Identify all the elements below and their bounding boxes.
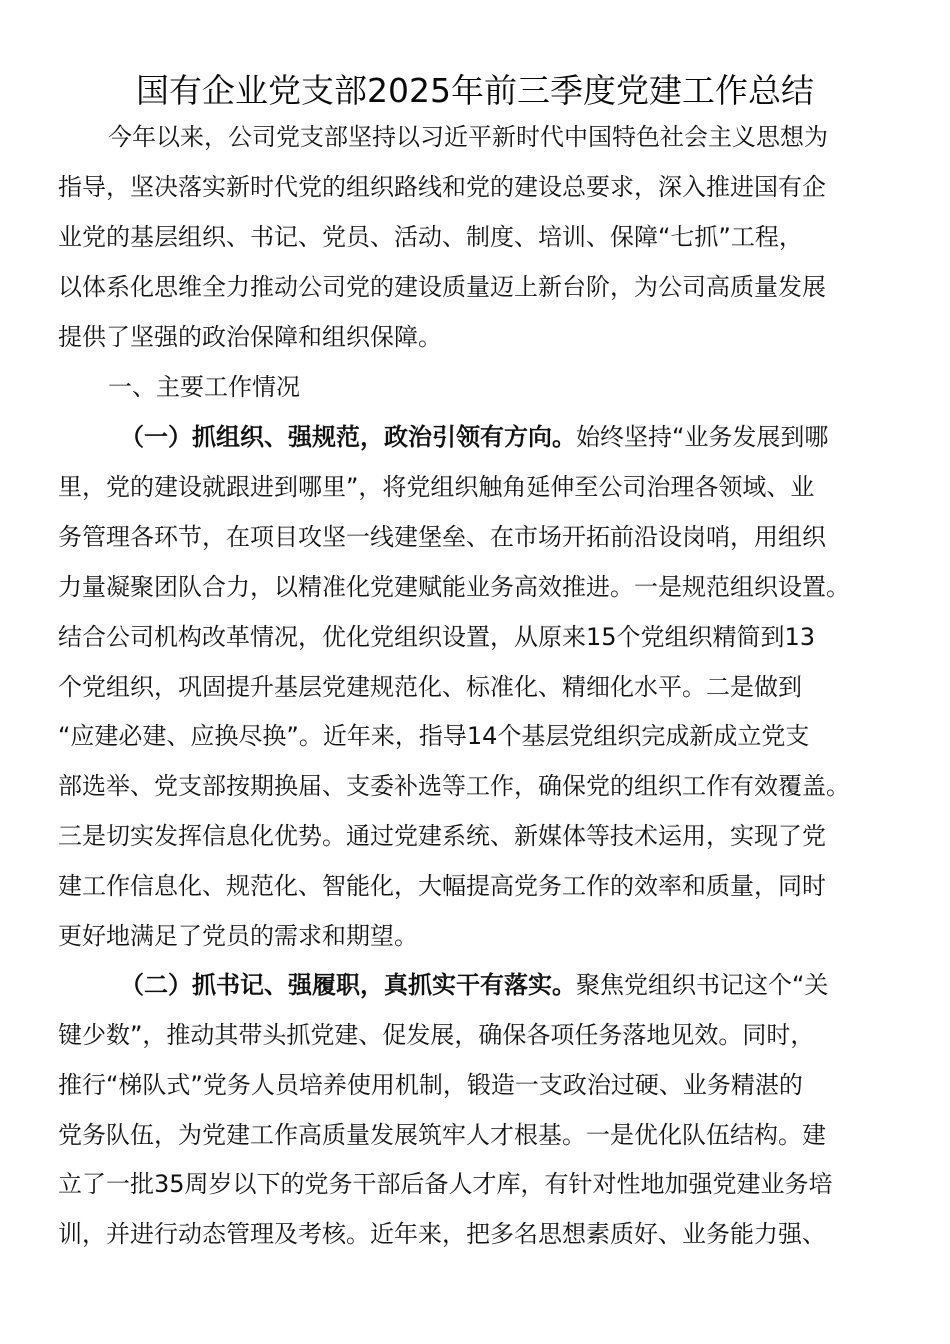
subsection-2-first-line-text: 聚焦党组织书记这个“关 (576, 971, 828, 999)
subsection-2-line: 立了一批35周岁以下的党务干部后备人才库，有针对性地加强党建业务培 (58, 1164, 833, 1204)
subsection-1-line: 个党组织，巩固提升基层党建规范化、标准化、精细化水平。二是做到 (58, 667, 802, 707)
subsection-2-line: 训，并进行动态管理及考核。近年来，把多名思想素质好、业务能力强、 (58, 1214, 826, 1254)
intro-line-3: 业党的基层组织、书记、党员、活动、制度、培训、保障“七抓”工程， (58, 217, 803, 257)
subsection-1-line: 里，党的建设就跟进到哪里”，将党组织触角延伸至公司治理各领域、业 (58, 467, 814, 507)
subsection-1-line: 务管理各环节，在项目攻坚一线建堡垒、在市场开拓前沿设岗哨，用组织 (58, 517, 826, 557)
intro-line-5: 提供了坚强的政治保障和组织保障。 (58, 317, 442, 357)
subsection-2-line: 推行“梯队式”党务人员培养使用机制，锻造一支政治过硬、业务精湛的 (58, 1065, 803, 1105)
subsection-1-line: 结合公司机构改革情况，优化党组织设置，从原来15个党组织精简到13 (58, 617, 815, 657)
intro-line-4: 以体系化思维全力推动公司党的建设质量迈上新台阶，为公司高质量发展 (58, 267, 826, 307)
subsection-1-line: 更好地满足了党员的需求和期望。 (58, 916, 418, 956)
document-title: 国有企业党支部2025年前三季度党建工作总结 (0, 66, 950, 116)
subsection-1-line: 力量凝聚团队合力，以精准化党建赋能业务高效推进。一是规范组织设置。 (58, 567, 850, 607)
subsection-2-heading: （二）抓书记、强履职，真抓实干有落实。 (120, 971, 576, 999)
subsection-1-line: 三是切实发挥信息化优势。通过党建系统、新媒体等技术运用，实现了党 (58, 816, 826, 856)
document-page: 国有企业党支部2025年前三季度党建工作总结 今年以来，公司党支部坚持以习近平新… (0, 0, 950, 1344)
subsection-1-first-line: （一）抓组织、强规范，政治引领有方向。始终坚持“业务发展到哪 (120, 417, 828, 457)
subsection-1-line: 部选举、党支部按期换届、支委补选等工作，确保党的组织工作有效覆盖。 (58, 766, 850, 806)
intro-line-1: 今年以来，公司党支部坚持以习近平新时代中国特色社会主义思想为 (108, 117, 828, 157)
subsection-2-line: 党务队伍，为党建工作高质量发展筑牢人才根基。一是优化队伍结构。建 (58, 1115, 826, 1155)
subsection-1-line: “应建必建、应换尽换”。近年来，指导14个基层党组织完成新成立党支 (58, 716, 809, 756)
subsection-2-first-line: （二）抓书记、强履职，真抓实干有落实。聚焦党组织书记这个“关 (120, 965, 828, 1005)
subsection-1-heading: （一）抓组织、强规范，政治引领有方向。 (120, 423, 576, 451)
intro-line-2: 指导，坚决落实新时代党的组织路线和党的建设总要求，深入推进国有企 (58, 167, 826, 207)
section-heading-main-work: 一、主要工作情况 (108, 367, 300, 407)
subsection-2-line: 键少数”，推动其带头抓党建、促发展，确保各项任务落地见效。同时， (58, 1015, 814, 1055)
subsection-1-first-line-text: 始终坚持“业务发展到哪 (576, 423, 828, 451)
subsection-1-line: 建工作信息化、规范化、智能化，大幅提高党务工作的效率和质量，同时 (58, 866, 826, 906)
